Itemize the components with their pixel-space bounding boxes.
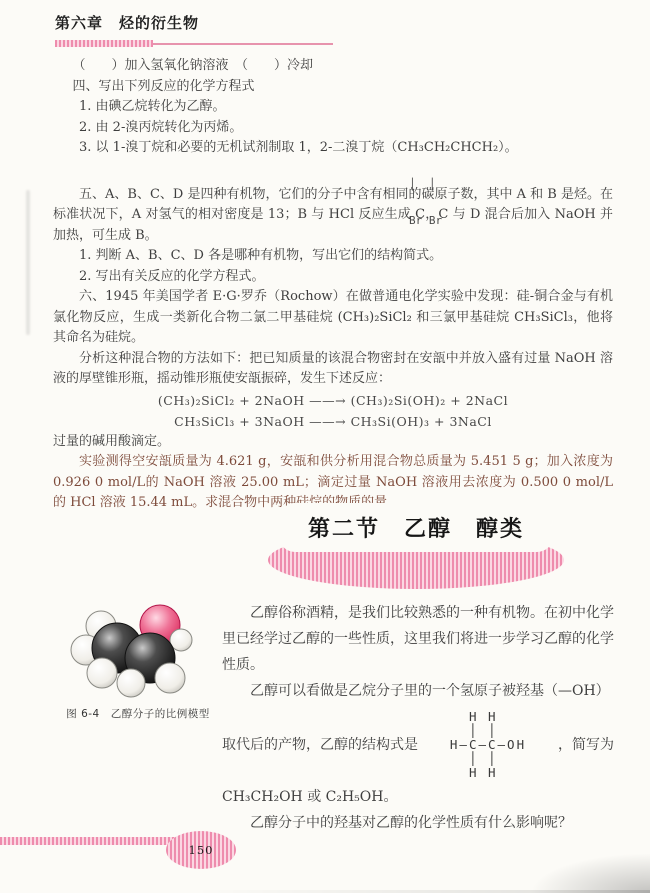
- bromine-substituent-formula: │ │ Br Br: [409, 155, 449, 251]
- question5-text: 五、A、B、C、D 是四种有机物，它们的分子中含有相同的碳原子数，其中 A 和 …: [53, 185, 613, 247]
- footer-stripe-band: [0, 837, 188, 845]
- exercise-section: （ ）加入氢氧化钠溶液 （ ）冷却 四、写出下列反应的化学方程式 1. 由碘乙烷…: [53, 56, 613, 514]
- ethanol-structural-formula: H H │ │ H—C—C—OH │ │ H H: [450, 710, 526, 780]
- question4-item1: 1. 由碘乙烷转化为乙醇。: [53, 97, 613, 118]
- formula-prefix-text: 取代后的产物，乙醇的结构式是: [222, 732, 418, 758]
- question4-item3-text: 3. 以 1-溴丁烷和必要的无机试剂制取 1，2-二溴丁烷（CH₃CH₂CHCH…: [53, 138, 613, 159]
- question5-item2: 2. 写出有关反应的化学方程式。: [53, 267, 613, 288]
- figure-ethanol-model: 图 6-4 乙醇分子的比例模型: [64, 598, 212, 721]
- scan-shadow-left: [26, 190, 30, 335]
- bromine-labels: Br Br: [409, 215, 449, 227]
- molecule-model-image: [68, 598, 208, 698]
- question6-method: 分析这种混合物的方法如下：把已知质量的该混合物密封在安瓿中并放入盛有过量 NaO…: [53, 349, 613, 390]
- question5-item1: 1. 判断 A、B、C、D 各是哪种有机物，写出它们的结构简式。: [53, 246, 613, 267]
- bond-lines: │ │: [409, 179, 449, 191]
- question6-titration: 过量的碱用酸滴定。: [53, 432, 613, 453]
- ethanol-question: 乙醇分子中的羟基对乙醇的化学性质有什么影响呢？: [222, 810, 614, 836]
- ethanol-section: 乙醇俗称酒精，是我们比较熟悉的一种有机物。在初中化学里已经学过乙醇的一些性质，这…: [222, 600, 614, 836]
- ethanol-condensed-formula: CH₃CH₂OH 或 C₂H₅OH。: [222, 784, 614, 810]
- section-banner: 第二节 乙醇 醇类: [268, 503, 564, 589]
- header-stripe-band: [55, 40, 153, 47]
- header-rule-line: [153, 43, 333, 45]
- chemical-equation-2: CH₃SiCl₃ + 3NaOH ——→ CH₃Si(OH)₃ + 3NaCl: [53, 411, 613, 432]
- ethanol-paragraph-2: 乙醇可以看做是乙烷分子里的一个氢原子被羟基（—OH）: [222, 678, 614, 704]
- figure-caption: 图 6-4 乙醇分子的比例模型: [64, 706, 212, 721]
- formula-suffix-text: ，简写为: [558, 732, 614, 758]
- section-title: 第二节 乙醇 醇类: [268, 503, 564, 552]
- chemical-equation-1: (CH₃)₂SiCl₂ + 2NaOH ——→ (CH₃)₂Si(OH)₂ + …: [53, 390, 613, 411]
- page-number-badge: 150: [166, 831, 236, 869]
- scan-shadow-corner: [530, 853, 650, 893]
- chapter-header: 第六章 烃的衍生物: [55, 12, 199, 33]
- question4-heading: 四、写出下列反应的化学方程式: [53, 77, 613, 98]
- question4-item3: 3. 以 1-溴丁烷和必要的无机试剂制取 1，2-二溴丁烷（CH₃CH₂CHCH…: [53, 138, 613, 159]
- ethanol-paragraph-1: 乙醇俗称酒精，是我们比较熟悉的一种有机物。在初中化学里已经学过乙醇的一些性质，这…: [222, 600, 614, 678]
- page-number: 150: [189, 843, 214, 857]
- fill-blank-line: （ ）加入氢氧化钠溶液 （ ）冷却: [53, 56, 613, 77]
- question6-text: 六、1945 年美国学者 E·G·罗乔（Rochow）在做普通电化学实验中发现：…: [53, 287, 613, 349]
- question4-item2: 2. 由 2-溴丙烷转化为丙烯。: [53, 118, 613, 139]
- structural-formula-row: 取代后的产物，乙醇的结构式是 H H │ │ H—C—C—OH │ │ H H …: [222, 710, 614, 780]
